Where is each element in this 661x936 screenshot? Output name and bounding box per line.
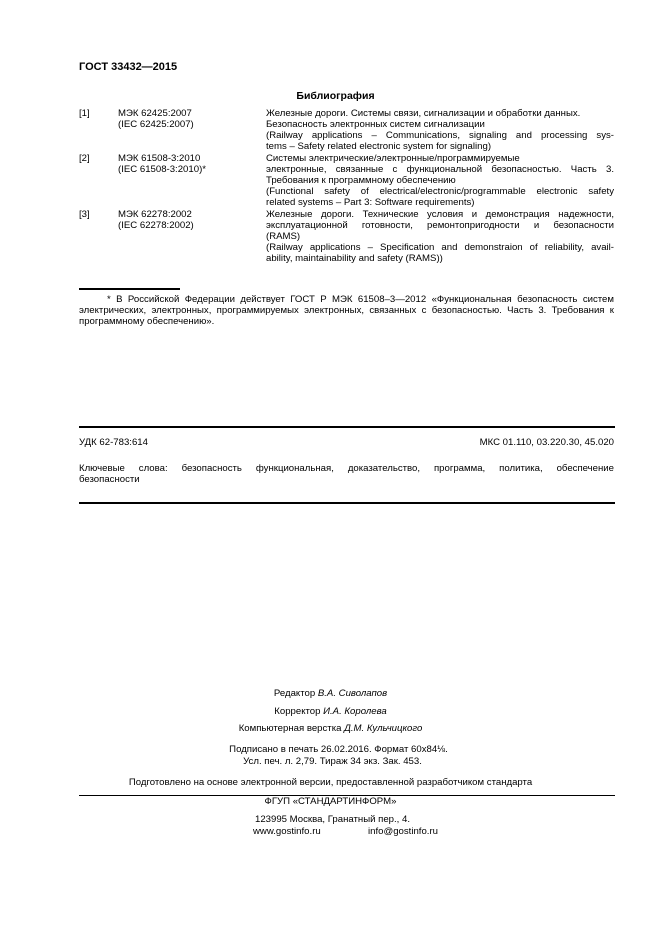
bottom-divider bbox=[79, 502, 615, 504]
editor-label: Редактор bbox=[274, 688, 315, 699]
print-info-line: Усл. печ. л. 2,79. Тираж 34 экз. Зак. 45… bbox=[0, 756, 661, 767]
layout-name: Д.М. Кульчицкого bbox=[344, 723, 422, 734]
description-line: эксплуатационной готовности, ремонтоприг… bbox=[266, 220, 614, 231]
keywords: Ключевые слова: безопасность функциональ… bbox=[79, 463, 614, 485]
entry-description: Железные дороги. Системы связи, сигнализ… bbox=[266, 108, 614, 152]
entry-description: Железные дороги. Технические условия и д… bbox=[266, 209, 614, 264]
description-line: Железные дороги. Технические условия и д… bbox=[266, 209, 614, 220]
editor-line: Редактор В.А. Сиволапов bbox=[0, 688, 661, 699]
description-line: related systems – Part 3: Software requi… bbox=[266, 197, 614, 208]
publisher-name: ФГУП «СТАНДАРТИНФОРМ» bbox=[0, 796, 661, 807]
description-line: tems – Safety related electronic system … bbox=[266, 141, 614, 152]
editor-name: В.А. Сиволапов bbox=[318, 688, 387, 699]
footnote-separator bbox=[79, 288, 180, 290]
standard-code-line: (IEC 62278:2002) bbox=[118, 220, 263, 231]
entry-number: [2] bbox=[79, 153, 90, 164]
entry-standard-code: МЭК 62278:2002 (IEC 62278:2002) bbox=[118, 209, 263, 231]
bibliography-title: Библиография bbox=[0, 91, 661, 102]
entry-standard-code: МЭК 61508-3:2010 (IEC 61508-3:2010)* bbox=[118, 153, 263, 175]
description-line: (Railway applications – Communications, … bbox=[266, 130, 614, 141]
standard-code-line: МЭК 61508-3:2010 bbox=[118, 153, 263, 164]
keywords-line: Ключевые слова: безопасность функциональ… bbox=[79, 463, 614, 474]
entry-number: [1] bbox=[79, 108, 90, 119]
layout-label: Компьютерная верстка bbox=[239, 723, 342, 734]
layout-line: Компьютерная верстка Д.М. Кульчицкого bbox=[0, 723, 661, 734]
standard-code-line: (IEC 61508-3:2010)* bbox=[118, 164, 263, 175]
website-link[interactable]: www.gostinfo.ru bbox=[253, 826, 321, 837]
description-line: (Railway applications – Specification an… bbox=[266, 242, 614, 253]
entry-standard-code: МЭК 62425:2007 (IEC 62425:2007) bbox=[118, 108, 263, 130]
entry-number: [3] bbox=[79, 209, 90, 220]
description-line: Безопасность электронных систем сигнализ… bbox=[266, 119, 614, 130]
top-divider bbox=[79, 426, 615, 428]
keywords-line: безопасности bbox=[79, 474, 614, 485]
description-line: (Functional safety of electrical/electro… bbox=[266, 186, 614, 197]
description-line: Системы электрические/электронные/програ… bbox=[266, 153, 614, 164]
corrector-label: Корректор bbox=[274, 706, 320, 717]
publisher-address: 123995 Москва, Гранатный пер., 4. bbox=[0, 814, 661, 825]
corrector-name: И.А. Королева bbox=[323, 706, 387, 717]
description-line: ability, maintainability and safety (RAM… bbox=[266, 253, 614, 264]
description-line: Железные дороги. Системы связи, сигнализ… bbox=[266, 108, 614, 119]
mks-code: МКС 01.110, 03.220.30, 45.020 bbox=[480, 437, 614, 448]
udk-code: УДК 62-783:614 bbox=[79, 437, 148, 448]
description-line: Требования к программному обеспечению bbox=[266, 175, 614, 186]
entry-description: Системы электрические/электронные/програ… bbox=[266, 153, 614, 208]
standard-code-line: (IEC 62425:2007) bbox=[118, 119, 263, 130]
standard-code-line: МЭК 62425:2007 bbox=[118, 108, 263, 119]
standard-code-line: МЭК 62278:2002 bbox=[118, 209, 263, 220]
description-line: (RAMS) bbox=[266, 231, 614, 242]
email-link[interactable]: info@gostinfo.ru bbox=[368, 826, 438, 837]
corrector-line: Корректор И.А. Королева bbox=[0, 706, 661, 717]
description-line: электронные, связанные с функциональной … bbox=[266, 164, 614, 175]
prepared-note: Подготовлено на основе электронной верси… bbox=[0, 777, 661, 788]
footnote: * В Российской Федерации действует ГОСТ … bbox=[79, 294, 614, 327]
signed-line: Подписано в печать 26.02.2016. Формат 60… bbox=[0, 744, 661, 755]
document-code: ГОСТ 33432—2015 bbox=[79, 62, 177, 73]
